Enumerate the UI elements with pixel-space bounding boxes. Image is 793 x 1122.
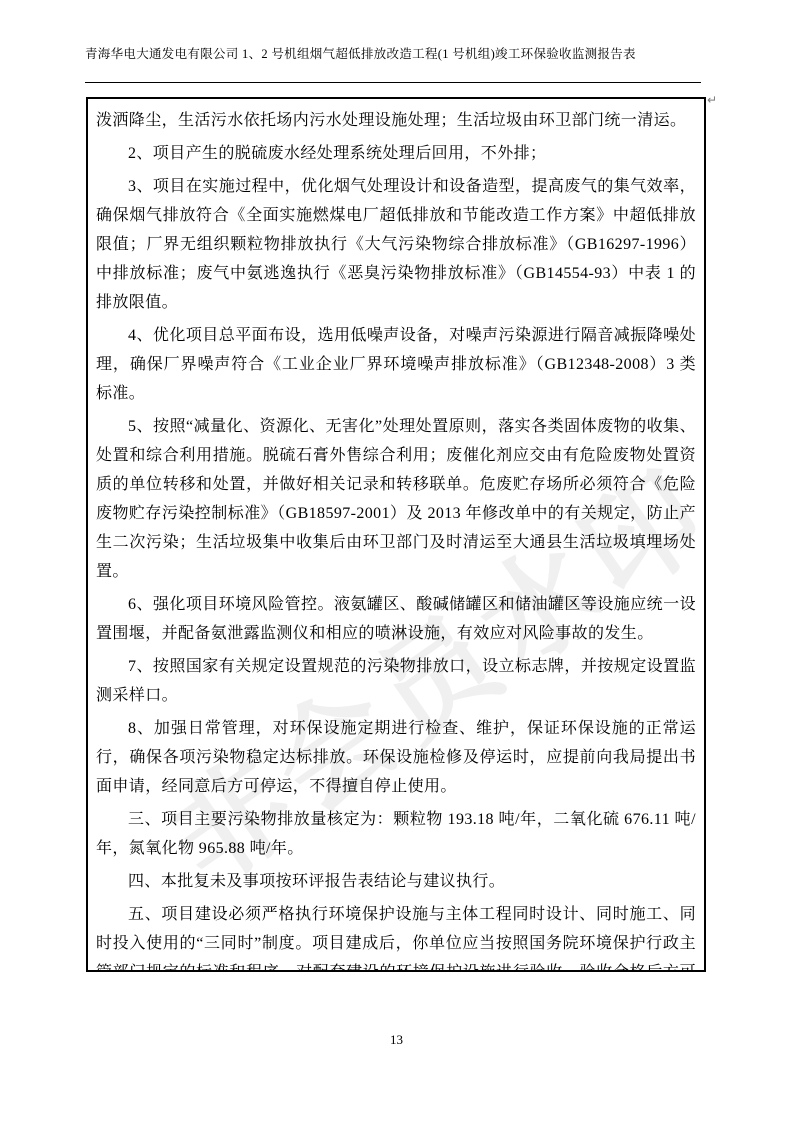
paragraph-section-4: 四、本批复未及事项按环评报告表结论与建议执行。 [96, 867, 696, 896]
paragraph-item-6: 6、强化项目环境风险管控。液氨罐区、酸碱储罐区和储油罐区等设施应统一设置围堰，并… [96, 590, 696, 648]
paragraph-return-icon: ↵ [707, 93, 717, 107]
header-divider-line [85, 82, 701, 83]
paragraph-section-5: 五、项目建设必须严格执行环境保护设施与主体工程同时设计、同时施工、同时投入使用的… [96, 900, 696, 972]
paragraph-item-2: 2、项目产生的脱硫废水经处理系统处理后回用，不外排； [96, 139, 696, 168]
paragraph-section-3: 三、项目主要污染物排放量核定为：颗粒物 193.18 吨/年，二氧化硫 676.… [96, 805, 696, 863]
page-number: 13 [0, 1032, 793, 1048]
paragraph-continuation: 泼洒降尘，生活污水依托场内污水处理设施处理；生活垃圾由环卫部门统一清运。 [96, 106, 696, 135]
paragraph-item-7: 7、按照国家有关规定设置规范的污染物排放口，设立标志牌，并按规定设置监测采样口。 [96, 652, 696, 710]
document-page: 非会员水印 青海华电大通发电有限公司 1、2 号机组烟气超低排放改造工程(1 号… [0, 0, 793, 1122]
paragraph-item-5: 5、按照“减量化、资源化、无害化”处理处置原则，落实各类固体废物的收集、处置和综… [96, 412, 696, 586]
report-table-cell: 泼洒降尘，生活污水依托场内污水处理设施处理；生活垃圾由环卫部门统一清运。 2、项… [86, 97, 706, 972]
page-header-title: 青海华电大通发电有限公司 1、2 号机组烟气超低排放改造工程(1 号机组)竣工环… [85, 44, 710, 62]
paragraph-item-3: 3、项目在实施过程中，优化烟气处理设计和设备造型，提高废气的集气效率，确保烟气排… [96, 172, 696, 317]
paragraph-item-8: 8、加强日常管理，对环保设施定期进行检查、维护，保证环保设施的正常运行，确保各项… [96, 714, 696, 801]
paragraph-item-4: 4、优化项目总平面布设，选用低噪声设备，对噪声污染源进行隔音减振降噪处理，确保厂… [96, 321, 696, 408]
